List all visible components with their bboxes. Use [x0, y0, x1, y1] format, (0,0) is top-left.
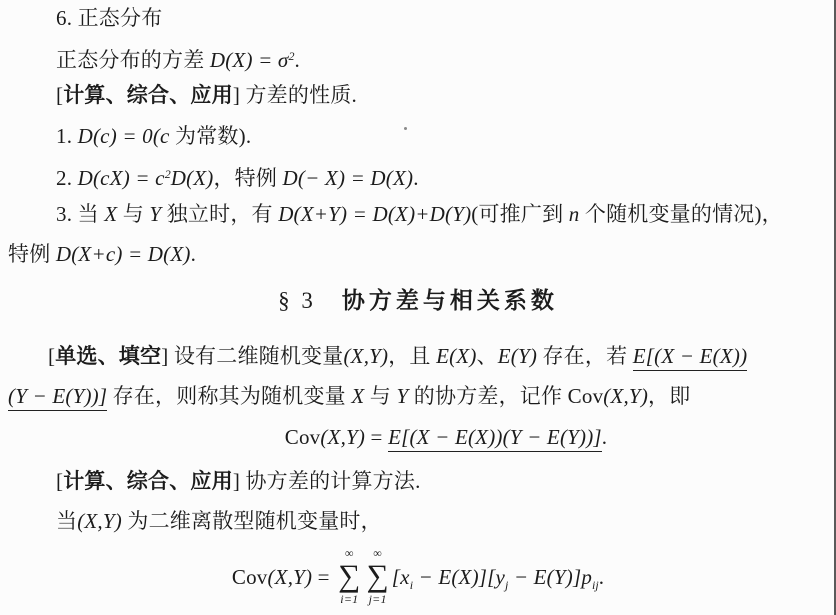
summation-j: ∞∑j=1 — [366, 547, 388, 605]
covariance-definition-line2: (Y − E(Y))] 存在，则称其为随机变量 X 与 Y 的协方差，记作 Co… — [8, 382, 690, 410]
property-3-line2: 特例 D(X+c) = D(X). — [8, 240, 196, 268]
tag-variance-properties-line: [计算、综合、应用] 方差的性质. — [56, 81, 357, 109]
text-run: 特例 — [8, 242, 56, 266]
text-run: 存在，则称其为随机变量 — [107, 384, 351, 408]
equals-sign: = — [312, 565, 335, 589]
lower-limit: i=1 — [340, 593, 358, 605]
text-run: ，即 — [648, 384, 690, 408]
math-run: Y — [396, 384, 408, 408]
math-run: (X,Y) — [77, 509, 122, 533]
math-run: D(X) = σ — [210, 48, 289, 72]
text-run: 2. — [56, 166, 78, 190]
textbook-page: 6. 正态分布 正态分布的方差 D(X) = σ2. [计算、综合、应用] 方差… — [0, 0, 836, 615]
math-run: [x — [392, 565, 410, 589]
underlined-math-run: E[(X − E(X)) — [633, 344, 748, 371]
text-run: 为二维离散型随机变量时， — [122, 509, 382, 533]
text-run: . — [294, 48, 299, 72]
section-3-heading: § 3协方差与相关系数 — [0, 287, 836, 315]
text-run: 设有二维随机变量 — [168, 344, 343, 368]
text-run: ，且 — [388, 344, 436, 368]
text-run: . — [599, 565, 604, 589]
text-run: 6. 正态分布 — [56, 6, 162, 30]
text-run: . — [191, 242, 196, 266]
math-run: X — [104, 202, 117, 226]
math-run: n — [569, 202, 580, 226]
underlined-math-run: E[(X − E(X))(Y − E(Y))] — [388, 425, 602, 452]
section-number: § 3 — [278, 288, 316, 313]
math-run: (X,Y) — [320, 425, 365, 449]
text-run: 当 — [56, 509, 77, 533]
math-run: (X,Y) — [267, 565, 312, 589]
math-run: D(cX) = c — [78, 166, 165, 190]
bold-tag-label: 计算、综合、应用 — [63, 469, 233, 493]
math-run: D(X+Y) = D(X)+D(Y) — [278, 202, 471, 226]
sigma-symbol: ∑ — [366, 560, 388, 591]
covariance-formula: Cov(X,Y) = E[(X − E(X))(Y − E(Y))]. — [0, 423, 836, 451]
math-run: − E(X)][y — [413, 565, 505, 589]
function-name: Cov — [285, 425, 321, 449]
math-run: D(X) — [171, 166, 214, 190]
math-run: D(X+c) = D(X) — [56, 242, 191, 266]
text-run: 3. 当 — [56, 202, 104, 226]
text-run: 与 — [117, 202, 149, 226]
normal-variance-line: 正态分布的方差 D(X) = σ2. — [56, 42, 300, 74]
function-name: Cov — [568, 384, 604, 408]
math-run: D(− X) = D(X) — [283, 166, 414, 190]
covariance-definition-line1: [单选、填空] 设有二维随机变量(X,Y)，且 E(X)、E(Y) 存在，若 E… — [48, 342, 747, 370]
math-run: X — [351, 384, 364, 408]
text-run: 独立时，有 — [161, 202, 278, 226]
section-title: 协方差与相关系数 — [342, 288, 558, 313]
covariance-sum-formula: Cov(X,Y) = ∞∑i=1∞∑j=1[xi − E(X)][yj − E(… — [0, 547, 836, 611]
math-run: (X,Y) — [603, 384, 648, 408]
bold-tag-label: 单选、填空 — [55, 344, 161, 368]
text-run: 的协方差，记作 — [408, 384, 567, 408]
text-run: 个随机变量的情况)， — [579, 202, 782, 226]
property-2-line: 2. D(cX) = c2D(X)，特例 D(− X) = D(X). — [56, 160, 419, 192]
math-run: Y — [149, 202, 161, 226]
math-run: p — [581, 565, 592, 589]
text-run: . — [413, 166, 418, 190]
text-run: 与 — [364, 384, 396, 408]
text-run: 为常数). — [170, 124, 252, 148]
property-1-line: 1. D(c) = 0(c 为常数). — [56, 122, 251, 150]
property-3-line1: 3. 当 X 与 Y 独立时，有 D(X+Y) = D(X)+D(Y)(可推广到… — [56, 200, 783, 228]
function-name: Cov — [232, 565, 268, 589]
scan-speck-dot — [404, 127, 407, 130]
text-run: (可推广到 — [471, 202, 568, 226]
text-run: 正态分布的方差 — [56, 48, 210, 72]
bracket-close: ] — [233, 469, 240, 493]
underlined-math-run: (Y − E(Y))] — [8, 384, 107, 411]
sigma-symbol: ∑ — [338, 560, 360, 591]
text-run: 存在，若 — [537, 344, 633, 368]
text-run: 、 — [477, 344, 498, 368]
subsection-6-heading: 6. 正态分布 — [56, 4, 162, 32]
math-run: E(Y) — [498, 344, 537, 368]
text-run: 方差的性质. — [240, 83, 357, 107]
text-run: 1. — [56, 124, 78, 148]
text-run: 协方差的计算方法. — [240, 469, 421, 493]
bold-tag-label: 计算、综合、应用 — [63, 83, 233, 107]
bracket-close: ] — [233, 83, 240, 107]
text-run: . — [602, 425, 607, 449]
lower-limit: j=1 — [369, 593, 387, 605]
tag-covariance-method-line: [计算、综合、应用] 协方差的计算方法. — [56, 467, 421, 495]
math-run: E(X) — [436, 344, 476, 368]
subscript: ij — [592, 578, 599, 592]
math-run: − E(Y)] — [508, 565, 581, 589]
summation-i: ∞∑i=1 — [338, 547, 360, 605]
discrete-case-line: 当(X,Y) 为二维离散型随机变量时， — [56, 507, 382, 535]
text-run: ，特例 — [213, 166, 282, 190]
equals-sign: = — [365, 425, 388, 449]
math-run: D(c) = 0(c — [78, 124, 170, 148]
math-run: (X,Y) — [343, 344, 388, 368]
